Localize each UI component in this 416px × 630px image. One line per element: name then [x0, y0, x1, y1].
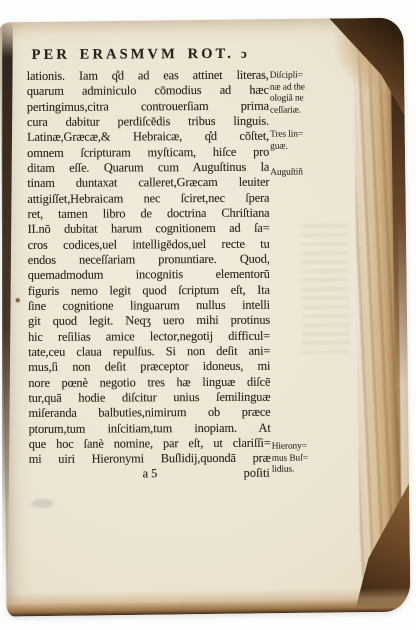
body-line: quarum adminiculo cōmodius ad hæc	[27, 83, 269, 100]
body-line: que hoc ſanè nomine, par eſt, ut clariſſ…	[29, 436, 271, 453]
margin-note-line: mus Buſ=	[272, 453, 336, 465]
header-ornament-icon: ɔ	[241, 46, 247, 61]
body-line: hic reſilias amice lector,negotij diffic…	[28, 328, 270, 345]
body-line: ret, tamen libro de doctrina Chriſtiana	[27, 206, 269, 223]
body-line: II.nō dubitat harum cognitionem ad ſa=	[28, 221, 270, 238]
margin-note-disciplinae: Diſcipli=næ ad theologiã neceſſariæ.	[270, 70, 334, 117]
margin-note-line: Tres lin=	[270, 129, 334, 141]
body-line: ſine cognitione linguarum nullus intelli	[28, 298, 270, 315]
margin-note-line: guæ.	[270, 141, 334, 153]
body-line: endos neceſſariam pronuntiare. Quod,	[28, 252, 270, 269]
body-line: figuris nemo legit quod ſcriptum eſt, It…	[28, 282, 270, 299]
body-line: mus,ſi non deſit præceptor idoneus, mi	[28, 359, 270, 376]
body-line: miſeranda balbuties,nimirum ob præce	[28, 405, 270, 422]
body-text: lationis. Iam q̊d ad eas attinet literas…	[27, 68, 271, 468]
body-line: nore pœnè negotio tres hæ linguæ diſcē	[28, 374, 270, 391]
margin-note-augustinus: Auguſtiñ	[270, 167, 334, 179]
body-line: git quod legit. Neqʒ uero mihi protinus	[28, 313, 270, 330]
running-header: PER ERASMVM ROT.ɔ	[32, 46, 247, 64]
margin-note-line: ceſſariæ.	[270, 105, 334, 117]
body-line: pertingimus,citra controuerſiam prima	[27, 98, 269, 115]
margin-note-buslidius: Hierony=mus Buſ=lidius.	[272, 441, 336, 476]
body-line: Latinæ,Græcæ,& Hebraicæ, q̊d cōſtet,	[27, 129, 269, 146]
margin-note-line: næ ad the	[270, 82, 334, 94]
signature-mark: a 5	[143, 466, 158, 481]
body-line: tur,quā hodie diſcitur unius ſemilinguæ	[28, 390, 270, 407]
body-line: quemadmodum incognitis elementorū	[28, 267, 270, 284]
body-line: attigiſſet,Hebraicam nec ſciret,nec ſper…	[27, 190, 269, 207]
margin-note-line: Hierony=	[272, 441, 336, 453]
body-line: ptorum,tum inſcitiam,tum inopiam. At	[29, 420, 271, 437]
margin-note-tres-linguae: Tres lin=guæ.	[270, 129, 334, 153]
body-line: cura dabitur perdiſcēdis tribus linguis.	[27, 114, 269, 131]
body-line: cros codices,uel intelligēdos,uel recte …	[28, 236, 270, 253]
margin-note-line: ologiã ne	[270, 94, 334, 106]
catchword: poſiti	[244, 466, 270, 481]
body-line: tate,ceu claua repulſus. Si non deſit an…	[28, 344, 270, 361]
printed-text-layer: PER ERASMVM ROT.ɔ lationis. Iam q̊d ad e…	[0, 0, 416, 630]
signature-line: a 5 poſiti	[29, 466, 271, 483]
margin-note-line: Auguſtiñ	[270, 167, 334, 179]
running-header-text: PER ERASMVM ROT.	[32, 46, 234, 63]
margin-note-line: Diſcipli=	[270, 70, 334, 82]
margin-note-line: lidius.	[272, 465, 336, 477]
book-photo: PER ERASMVM ROT.ɔ lationis. Iam q̊d ad e…	[0, 0, 416, 630]
body-line: ditam eſſe. Quarum cum Auguſtinus la	[27, 160, 269, 177]
body-line: omnem ſcripturam myſticam, hiſce pro	[27, 144, 269, 161]
body-line: tinam duntaxat calleret,Græcam leuiter	[27, 175, 269, 192]
body-line: lationis. Iam q̊d ad eas attinet literas…	[27, 68, 269, 85]
